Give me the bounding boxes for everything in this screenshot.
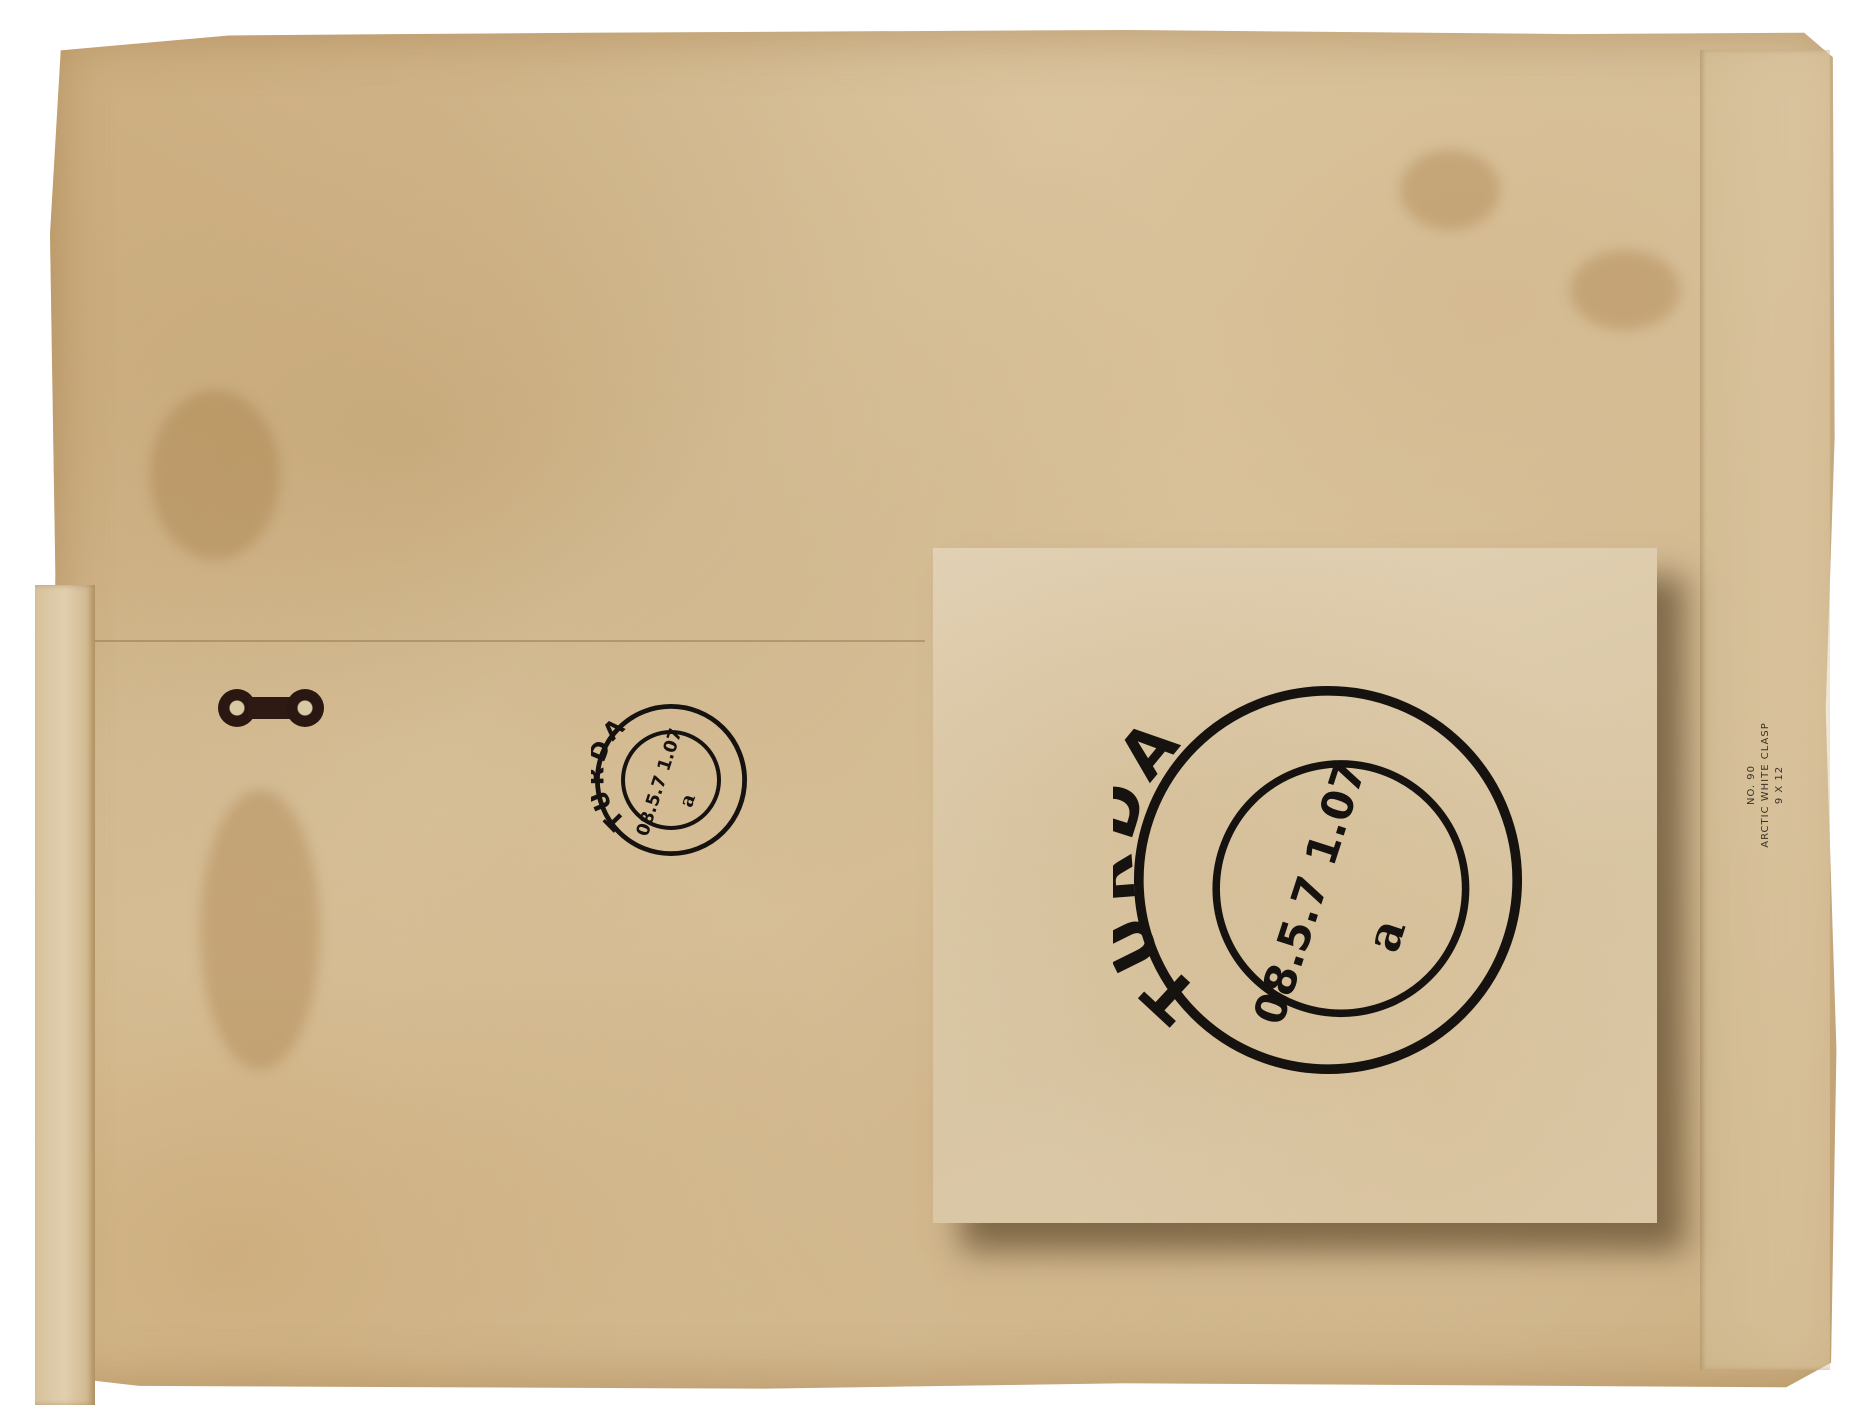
postmark-letter-magnified: a bbox=[1355, 912, 1417, 958]
water-stain bbox=[1400, 150, 1500, 230]
water-stain bbox=[150, 390, 280, 560]
postmark-town: TURDA bbox=[591, 711, 632, 836]
imprint-line-2: ARCTIC WHITE CLASP bbox=[1759, 710, 1773, 860]
side-flap bbox=[35, 585, 95, 1405]
maker-imprint: NO. 90 ARCTIC WHITE CLASP 9 X 12 bbox=[1745, 710, 1787, 860]
postmark-large: TURDA 08.5.7 1.07 a bbox=[1113, 665, 1543, 1095]
postmark-letter: a bbox=[674, 791, 700, 810]
water-stain bbox=[200, 790, 320, 1070]
imprint-line-1: NO. 90 bbox=[1745, 710, 1759, 860]
svg-text:TURDA: TURDA bbox=[591, 711, 632, 836]
svg-text:TURDA: TURDA bbox=[1113, 701, 1213, 1037]
water-stain bbox=[1570, 250, 1680, 330]
postmark-town-magnified: TURDA bbox=[1113, 701, 1213, 1037]
metal-clasp-icon bbox=[218, 689, 324, 727]
postmark-small: TURDA 08.5.7 1.07 a bbox=[591, 700, 751, 860]
imprint-line-3: 9 X 12 bbox=[1773, 710, 1787, 860]
flap-fold-line bbox=[95, 640, 925, 642]
postmark-date-magnified: 08.5.7 1.07 bbox=[1244, 755, 1376, 1030]
